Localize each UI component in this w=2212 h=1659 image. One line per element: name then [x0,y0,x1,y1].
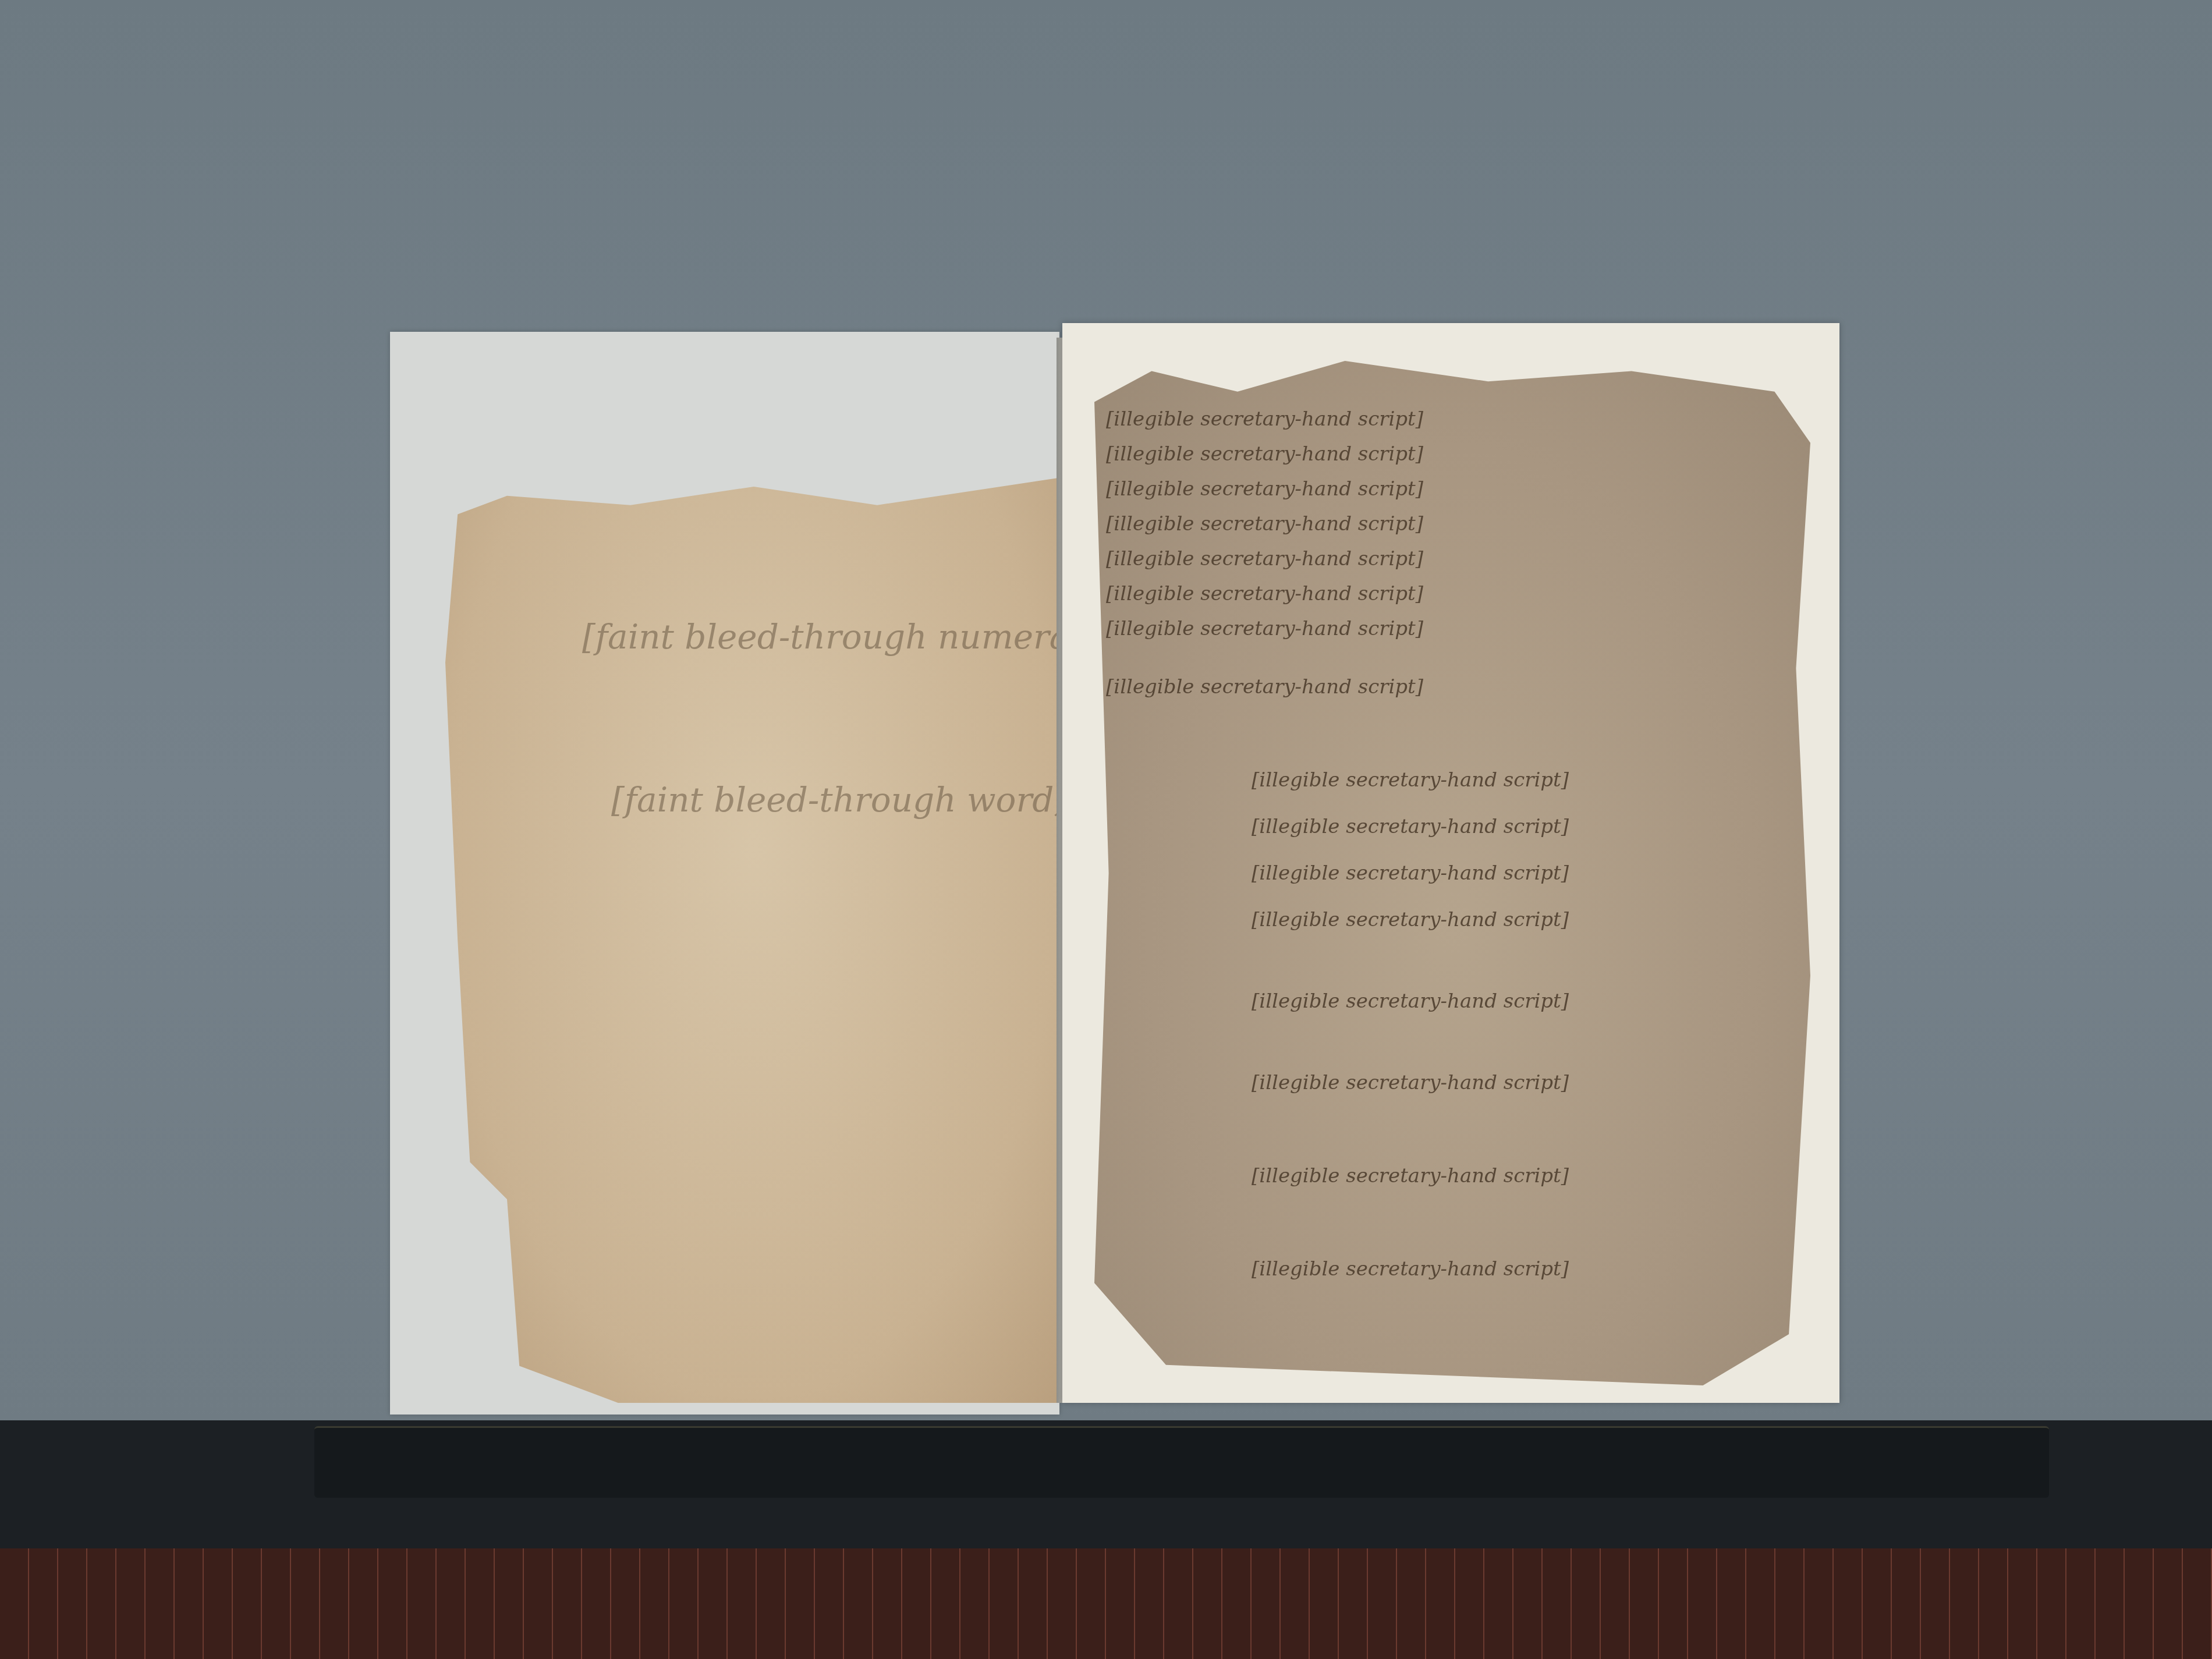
manuscript-line: [illegible secretary-hand script] [1106,582,1423,605]
manuscript-line: [illegible secretary-hand script] [1252,815,1569,838]
left-bleed-numerals: [faint bleed-through numerals] [582,617,1111,657]
manuscript-line: [illegible secretary-hand script] [1252,908,1569,931]
manuscript-line: [illegible secretary-hand script] [1106,617,1423,640]
manuscript-line: [illegible secretary-hand script] [1106,477,1423,501]
manuscript-line: [illegible secretary-hand script] [1106,547,1423,570]
manuscript-line: [illegible secretary-hand script] [1106,442,1423,466]
manuscript-line: [illegible secretary-hand script] [1252,862,1569,885]
manuscript-line: [illegible secretary-hand script] [1252,1071,1569,1094]
manuscript-line: [illegible secretary-hand script] [1106,675,1423,699]
manuscript-line: [illegible secretary-hand script] [1252,1257,1569,1281]
stand-support-bar [314,1426,2049,1498]
tiled-floor [0,1548,2212,1659]
manuscript-line: [illegible secretary-hand script] [1252,768,1569,792]
manuscript-line: [illegible secretary-hand script] [1252,990,1569,1013]
manuscript-line: [illegible secretary-hand script] [1106,512,1423,536]
manuscript-line: [illegible secretary-hand script] [1252,1164,1569,1187]
left-manuscript-leaf [445,477,1062,1403]
manuscript-line: [illegible secretary-hand script] [1106,407,1423,431]
